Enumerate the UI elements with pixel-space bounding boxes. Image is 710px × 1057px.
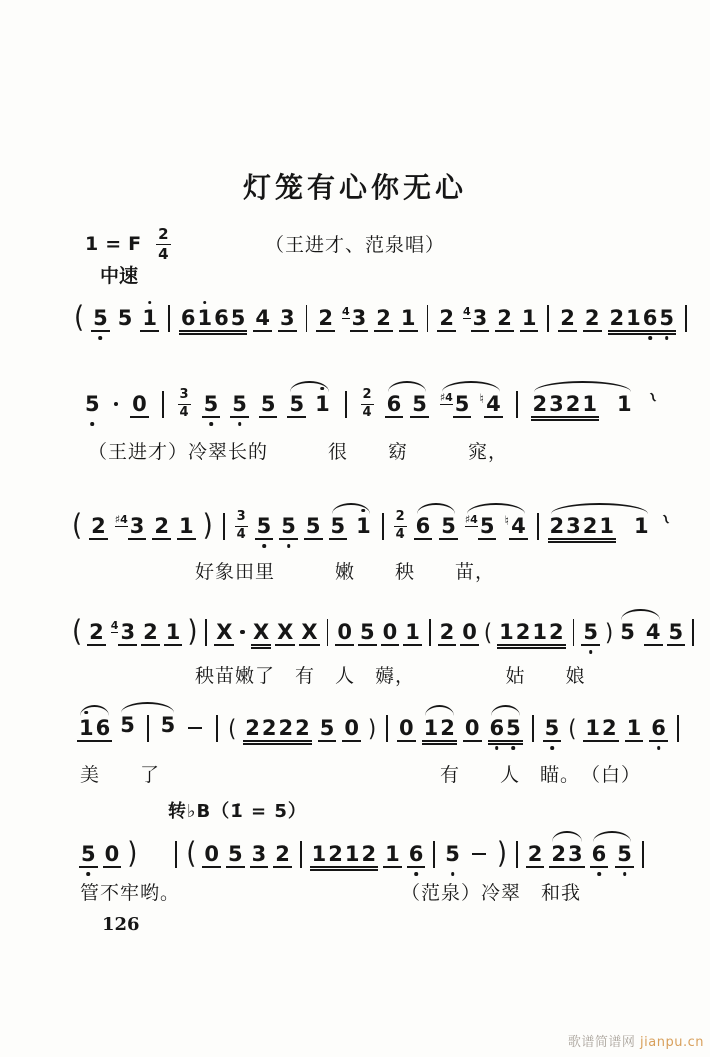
time-signature-bottom: 4 <box>396 527 405 542</box>
note: 1 <box>625 308 642 329</box>
note-digit: 3 <box>567 844 584 865</box>
barline <box>692 619 694 646</box>
note: 2 <box>584 308 601 329</box>
note-group: 4 <box>254 308 271 329</box>
time-signature: 34 <box>235 510 248 542</box>
beam-line <box>273 866 292 868</box>
beam-line <box>580 416 599 418</box>
note: 5 <box>119 715 136 736</box>
tie-arc <box>80 705 109 716</box>
beam-line <box>278 330 297 332</box>
note: 1 <box>531 622 548 643</box>
beam-line <box>460 644 479 646</box>
barline <box>433 841 435 868</box>
note: 2 <box>609 308 626 329</box>
note-group: 1 <box>400 308 417 329</box>
note: 6 <box>415 516 432 537</box>
note: 3 <box>251 844 268 865</box>
beam-line <box>410 416 429 418</box>
note-digit: 5 <box>84 394 101 415</box>
note-digit: 3 <box>251 844 268 865</box>
tempo-label: 中速 <box>100 261 138 288</box>
note-digit: 1 <box>581 394 598 415</box>
note-group: 2 <box>584 308 601 329</box>
note-digit: 5 <box>319 718 336 739</box>
beam-line <box>360 869 379 871</box>
note-group: 5 <box>117 308 134 329</box>
note-digit: 5 <box>231 394 248 415</box>
tie-arc <box>121 702 174 713</box>
beam-line <box>299 644 319 646</box>
barline <box>537 513 539 540</box>
grace-note: 4 <box>111 620 119 633</box>
note: 6 <box>642 308 659 329</box>
note: 2 <box>439 622 456 643</box>
note-group: 54 <box>619 622 661 643</box>
barline <box>162 391 164 418</box>
time-signature-top: 2 <box>394 510 407 526</box>
note-digit: 1 <box>311 844 328 865</box>
tie-arc <box>332 503 370 514</box>
note-group: 5 <box>260 394 277 415</box>
note-digit: 6 <box>180 308 197 329</box>
note: 1 <box>498 622 515 643</box>
note-group: 23 <box>550 844 583 865</box>
beam-line <box>383 866 402 868</box>
beam-line <box>397 740 416 742</box>
note: 5 <box>256 516 273 537</box>
note: 5 <box>92 308 109 329</box>
note-digit: 2 <box>439 622 456 643</box>
barline <box>516 841 518 868</box>
note-digit: 2 <box>142 622 159 643</box>
note: 5 <box>658 308 675 329</box>
note-group: 2 <box>153 516 170 537</box>
note-digit: 5 <box>359 622 376 643</box>
beam-line <box>202 416 221 418</box>
note-digit: 1 <box>384 844 401 865</box>
note-digit: 5 <box>80 844 97 865</box>
time-signature: 34 <box>178 388 191 420</box>
note-digit: 6 <box>386 394 403 415</box>
note-digit: 3 <box>548 394 565 415</box>
parenthesis: ( <box>72 511 82 540</box>
note-digit: 1 <box>625 308 642 329</box>
note: 5 <box>668 622 685 643</box>
time-signature-top: 3 <box>235 510 248 526</box>
beam-line <box>89 538 108 540</box>
note: 5 <box>280 516 297 537</box>
note-digit: 3 <box>351 308 368 329</box>
note-digit: 1 <box>165 622 182 643</box>
note-digit: 0 <box>461 622 478 643</box>
beam-line <box>526 866 545 868</box>
beam-line <box>580 419 599 421</box>
note: 0 <box>464 718 481 739</box>
note-digit: 1 <box>584 718 601 739</box>
note-group: 2 <box>90 516 107 537</box>
barline <box>429 619 431 646</box>
note: 5 <box>330 516 347 537</box>
music-system-5: 1655(222250)0120655(1216 <box>78 710 681 746</box>
note-group: 5 <box>305 516 322 537</box>
note: 6 <box>386 394 403 415</box>
beam-line <box>414 538 433 540</box>
octave-dot-low <box>414 872 418 876</box>
note: 6 <box>180 308 197 329</box>
beam-line <box>251 644 271 646</box>
note-group: 6165 <box>180 308 247 329</box>
note: 5 <box>444 844 461 865</box>
parenthesis: ( <box>568 716 576 740</box>
note-digit: 2 <box>515 622 532 643</box>
octave-dot-low <box>589 650 593 654</box>
beam-line <box>644 644 663 646</box>
tie-arc <box>417 503 455 514</box>
note-group: 2 <box>88 622 105 643</box>
beam-line <box>649 740 668 742</box>
note: 5 <box>203 394 220 415</box>
beam-line <box>329 538 348 540</box>
barline <box>223 513 225 540</box>
note-digit: 5 <box>582 622 599 643</box>
note: 6 <box>591 844 608 865</box>
lyrics-line-3: 秧苗嫩了 有 人 薅， 姑 娘 <box>195 661 586 688</box>
note: 2 <box>142 622 159 643</box>
beam-line <box>177 538 196 540</box>
barline <box>147 715 149 742</box>
note: 2 <box>496 308 513 329</box>
note-digit: 0 <box>131 394 148 415</box>
note-digit: 2 <box>375 308 392 329</box>
beam-line <box>255 538 274 540</box>
beam-line <box>103 866 122 868</box>
note: 2 <box>244 718 261 739</box>
octave-dot-low <box>87 872 91 876</box>
accidental: ♮ <box>504 515 509 528</box>
note: 2 <box>327 844 344 865</box>
tie-arc <box>290 381 328 392</box>
note-group: 1 <box>165 622 182 643</box>
note: 2 <box>317 308 334 329</box>
note-digit: 5 <box>203 394 220 415</box>
barline <box>642 841 644 868</box>
note: 5 <box>440 516 457 537</box>
note: 5 <box>231 394 248 415</box>
note-digit: 2 <box>550 844 567 865</box>
beam-line <box>253 330 272 332</box>
note-digit: 2 <box>438 308 455 329</box>
time-signature-bottom: 4 <box>237 527 246 542</box>
note-group: 5 <box>92 308 109 329</box>
note: 2 <box>550 844 567 865</box>
note-group: 5 <box>256 516 273 537</box>
note-group: 0 <box>131 394 148 415</box>
octave-dot-low <box>99 336 103 340</box>
beam-line <box>130 416 149 418</box>
note-digit: 5 <box>479 516 496 537</box>
note: 0 <box>104 844 121 865</box>
beam-line <box>287 416 306 418</box>
note-group: 2 <box>142 622 159 643</box>
tie-arc <box>491 705 520 716</box>
note: 2 <box>261 718 278 739</box>
barline <box>547 305 549 332</box>
note-group: X <box>215 622 233 643</box>
note: 6 <box>489 718 506 739</box>
note-group: 5 <box>582 622 599 643</box>
tie-arc <box>551 503 648 514</box>
time-signature: 24 <box>394 510 407 542</box>
octave-dot-low <box>262 544 266 548</box>
note-group: 2 <box>527 844 544 865</box>
note: 5 <box>359 622 376 643</box>
note-group: 55 <box>119 715 176 742</box>
beam-line <box>360 866 379 868</box>
parenthesis: ( <box>228 716 236 740</box>
octave-dot-low <box>238 422 242 426</box>
note: 2 <box>274 844 291 865</box>
note-group: 2 <box>274 844 291 865</box>
note: 0 <box>398 718 415 739</box>
lyrics-line-1: （王进才）冷翠长的 很 窈 窕， <box>88 437 508 464</box>
barline <box>175 841 177 868</box>
octave-dot-low <box>550 746 554 750</box>
note-digit: 2 <box>582 516 599 537</box>
note-group: 0 <box>203 844 220 865</box>
note-digit: 5 <box>411 394 428 415</box>
note-digit: 1 <box>178 516 195 537</box>
beam-line <box>342 740 361 742</box>
note: 5 <box>411 394 428 415</box>
note-group: 51 <box>288 394 330 415</box>
beam-line <box>275 644 295 646</box>
parenthesis: ( <box>186 839 196 868</box>
grace-note: ♯4 <box>115 514 128 527</box>
note-group: 5 <box>319 718 336 739</box>
note: 1 <box>616 394 633 415</box>
note-digit: 1 <box>616 394 633 415</box>
note-digit: 0 <box>203 844 220 865</box>
note-group: 2165 <box>609 308 676 329</box>
wavy-mark: ~ <box>642 387 664 406</box>
note-group: 3 <box>279 308 296 329</box>
note: 1 <box>355 516 372 537</box>
note: 1 <box>384 844 401 865</box>
beam-line <box>141 644 160 646</box>
note: 1 <box>196 308 213 329</box>
note-digit: 1 <box>196 308 213 329</box>
note: 6 <box>95 718 112 739</box>
note-digit: 2 <box>496 308 513 329</box>
beam-line <box>318 740 337 742</box>
tie-arc <box>467 503 525 514</box>
note-digit: 2 <box>278 718 295 739</box>
beam-line <box>250 866 269 868</box>
tie-arc <box>425 705 454 716</box>
note-digit: 0 <box>398 718 415 739</box>
note: 2 <box>153 516 170 537</box>
time-signature: 24 <box>361 388 374 420</box>
note: 1 <box>598 516 615 537</box>
octave-dot-low <box>665 336 669 340</box>
note: X <box>300 622 318 643</box>
grace-note: 4 <box>463 306 471 319</box>
note-digit: 4 <box>645 622 662 643</box>
note-group: 2 <box>496 308 513 329</box>
note: 1 <box>141 308 158 329</box>
note: 1 <box>178 516 195 537</box>
note: 5 <box>84 394 101 415</box>
barline <box>573 619 575 646</box>
note-digit: 1 <box>78 718 95 739</box>
beam-line <box>94 740 113 742</box>
barline <box>516 391 518 418</box>
note: 5 <box>616 844 633 865</box>
beam-line <box>547 644 566 646</box>
beam-line <box>558 330 577 332</box>
note-digit: 3 <box>279 308 296 329</box>
note: 1 <box>344 844 361 865</box>
barline <box>306 305 308 332</box>
note: 5 <box>305 516 322 537</box>
note: 2 <box>582 516 599 537</box>
note-group: 1212 <box>498 622 565 643</box>
note: 5 <box>80 844 97 865</box>
note-group: 16 <box>78 718 111 739</box>
note: 43 <box>342 308 367 329</box>
note-digit: 2 <box>90 516 107 537</box>
music-system-1: (5516165432432124321222165 <box>74 300 689 336</box>
note-digit: 5 <box>280 516 297 537</box>
beam-line <box>381 644 400 646</box>
note-group: 3 <box>251 844 268 865</box>
note: 2 <box>439 718 456 739</box>
note: 0 <box>203 844 220 865</box>
note: 1 <box>423 718 440 739</box>
note-group: 65 <box>489 718 522 739</box>
sheet-music-page: 灯笼有心你无心 1 = F 2 4 （王进才、范泉唱） 中速 (55161654… <box>0 0 710 1057</box>
duration-dot <box>240 630 245 635</box>
beam-line <box>229 330 248 332</box>
note-digit: 5 <box>256 516 273 537</box>
note-digit: 2 <box>294 718 311 739</box>
note: 5 <box>582 622 599 643</box>
parenthesis: ( <box>74 303 84 332</box>
note-digit: 2 <box>317 308 334 329</box>
page-number: 126 <box>102 914 140 935</box>
note-group: ♯45♮4 <box>465 516 527 537</box>
note: 2 <box>601 718 618 739</box>
note-digit: 1 <box>400 308 417 329</box>
beam-line <box>251 647 271 649</box>
octave-dot-low <box>512 746 516 750</box>
note: 2 <box>375 308 392 329</box>
note-group: 5 <box>84 394 101 415</box>
beam-line <box>350 330 369 332</box>
note-group: 65 <box>386 394 428 415</box>
barline <box>532 715 534 742</box>
note-group: 2 <box>438 308 455 329</box>
note-digit: 5 <box>227 844 244 865</box>
wavy-mark: ~ <box>655 509 677 528</box>
beam-line <box>581 644 600 646</box>
note-group: 1 <box>404 622 421 643</box>
note-digit: 1 <box>521 308 538 329</box>
singers-label: （王进才、范泉唱） <box>0 230 710 257</box>
note-group: 43 <box>111 622 136 643</box>
modulation-label: 转♭B（1̇ = 5） <box>168 797 307 823</box>
note: 3 <box>565 516 582 537</box>
note: 5 <box>230 308 247 329</box>
note-group: 2 <box>439 622 456 643</box>
note-digit: 1 <box>626 718 643 739</box>
beam-line <box>667 644 686 646</box>
note-digit: 2 <box>361 844 378 865</box>
note-digit: 2 <box>439 718 456 739</box>
beam-line <box>583 330 602 332</box>
octave-dot-low <box>623 872 627 876</box>
note-digit: 2 <box>548 622 565 643</box>
beam-line <box>140 330 159 332</box>
note-digit: 3 <box>129 516 146 537</box>
barline <box>327 619 329 646</box>
tie-arc <box>593 831 631 842</box>
note-digit: 5 <box>440 516 457 537</box>
note: ♯45 <box>465 516 496 537</box>
note-digit: 4 <box>254 308 271 329</box>
note: 0 <box>343 718 360 739</box>
note-digit: 4 <box>510 516 527 537</box>
note-group: 0 <box>464 718 481 739</box>
note: 3 <box>567 844 584 865</box>
time-signature-bottom: 4 <box>180 405 189 420</box>
note: 0 <box>382 622 399 643</box>
note: 6 <box>213 308 230 329</box>
note-group: ♯45♮4 <box>440 394 502 415</box>
beam-line <box>625 740 644 742</box>
note-digit: 2 <box>532 394 549 415</box>
beam-line <box>504 740 523 742</box>
note: ♮4 <box>504 516 526 537</box>
note: 2 <box>527 844 544 865</box>
note-group: 12 <box>584 718 617 739</box>
note-group: 0 <box>382 622 399 643</box>
note-group: 2222 <box>244 718 311 739</box>
note-digit: 6 <box>642 308 659 329</box>
beam-line <box>471 330 490 332</box>
beam-line <box>597 541 616 543</box>
note: 0 <box>461 622 478 643</box>
note-digit: 1 <box>314 394 331 415</box>
barline <box>205 619 207 646</box>
note-digit: 3 <box>472 308 489 329</box>
beam-line <box>385 416 404 418</box>
note: 5 <box>160 715 177 736</box>
note: 1 <box>626 718 643 739</box>
beam-line <box>439 538 458 540</box>
note-digit: 6 <box>489 718 506 739</box>
note-digit: 6 <box>213 308 230 329</box>
barline <box>382 513 384 540</box>
beam-line <box>590 866 609 868</box>
beam-line <box>438 740 457 742</box>
note-digit: 2 <box>88 622 105 643</box>
note: 0 <box>336 622 353 643</box>
note-digit: 6 <box>95 718 112 739</box>
watermark-domain: jianpu.cn <box>640 1035 704 1050</box>
note-digit: 2 <box>244 718 261 739</box>
